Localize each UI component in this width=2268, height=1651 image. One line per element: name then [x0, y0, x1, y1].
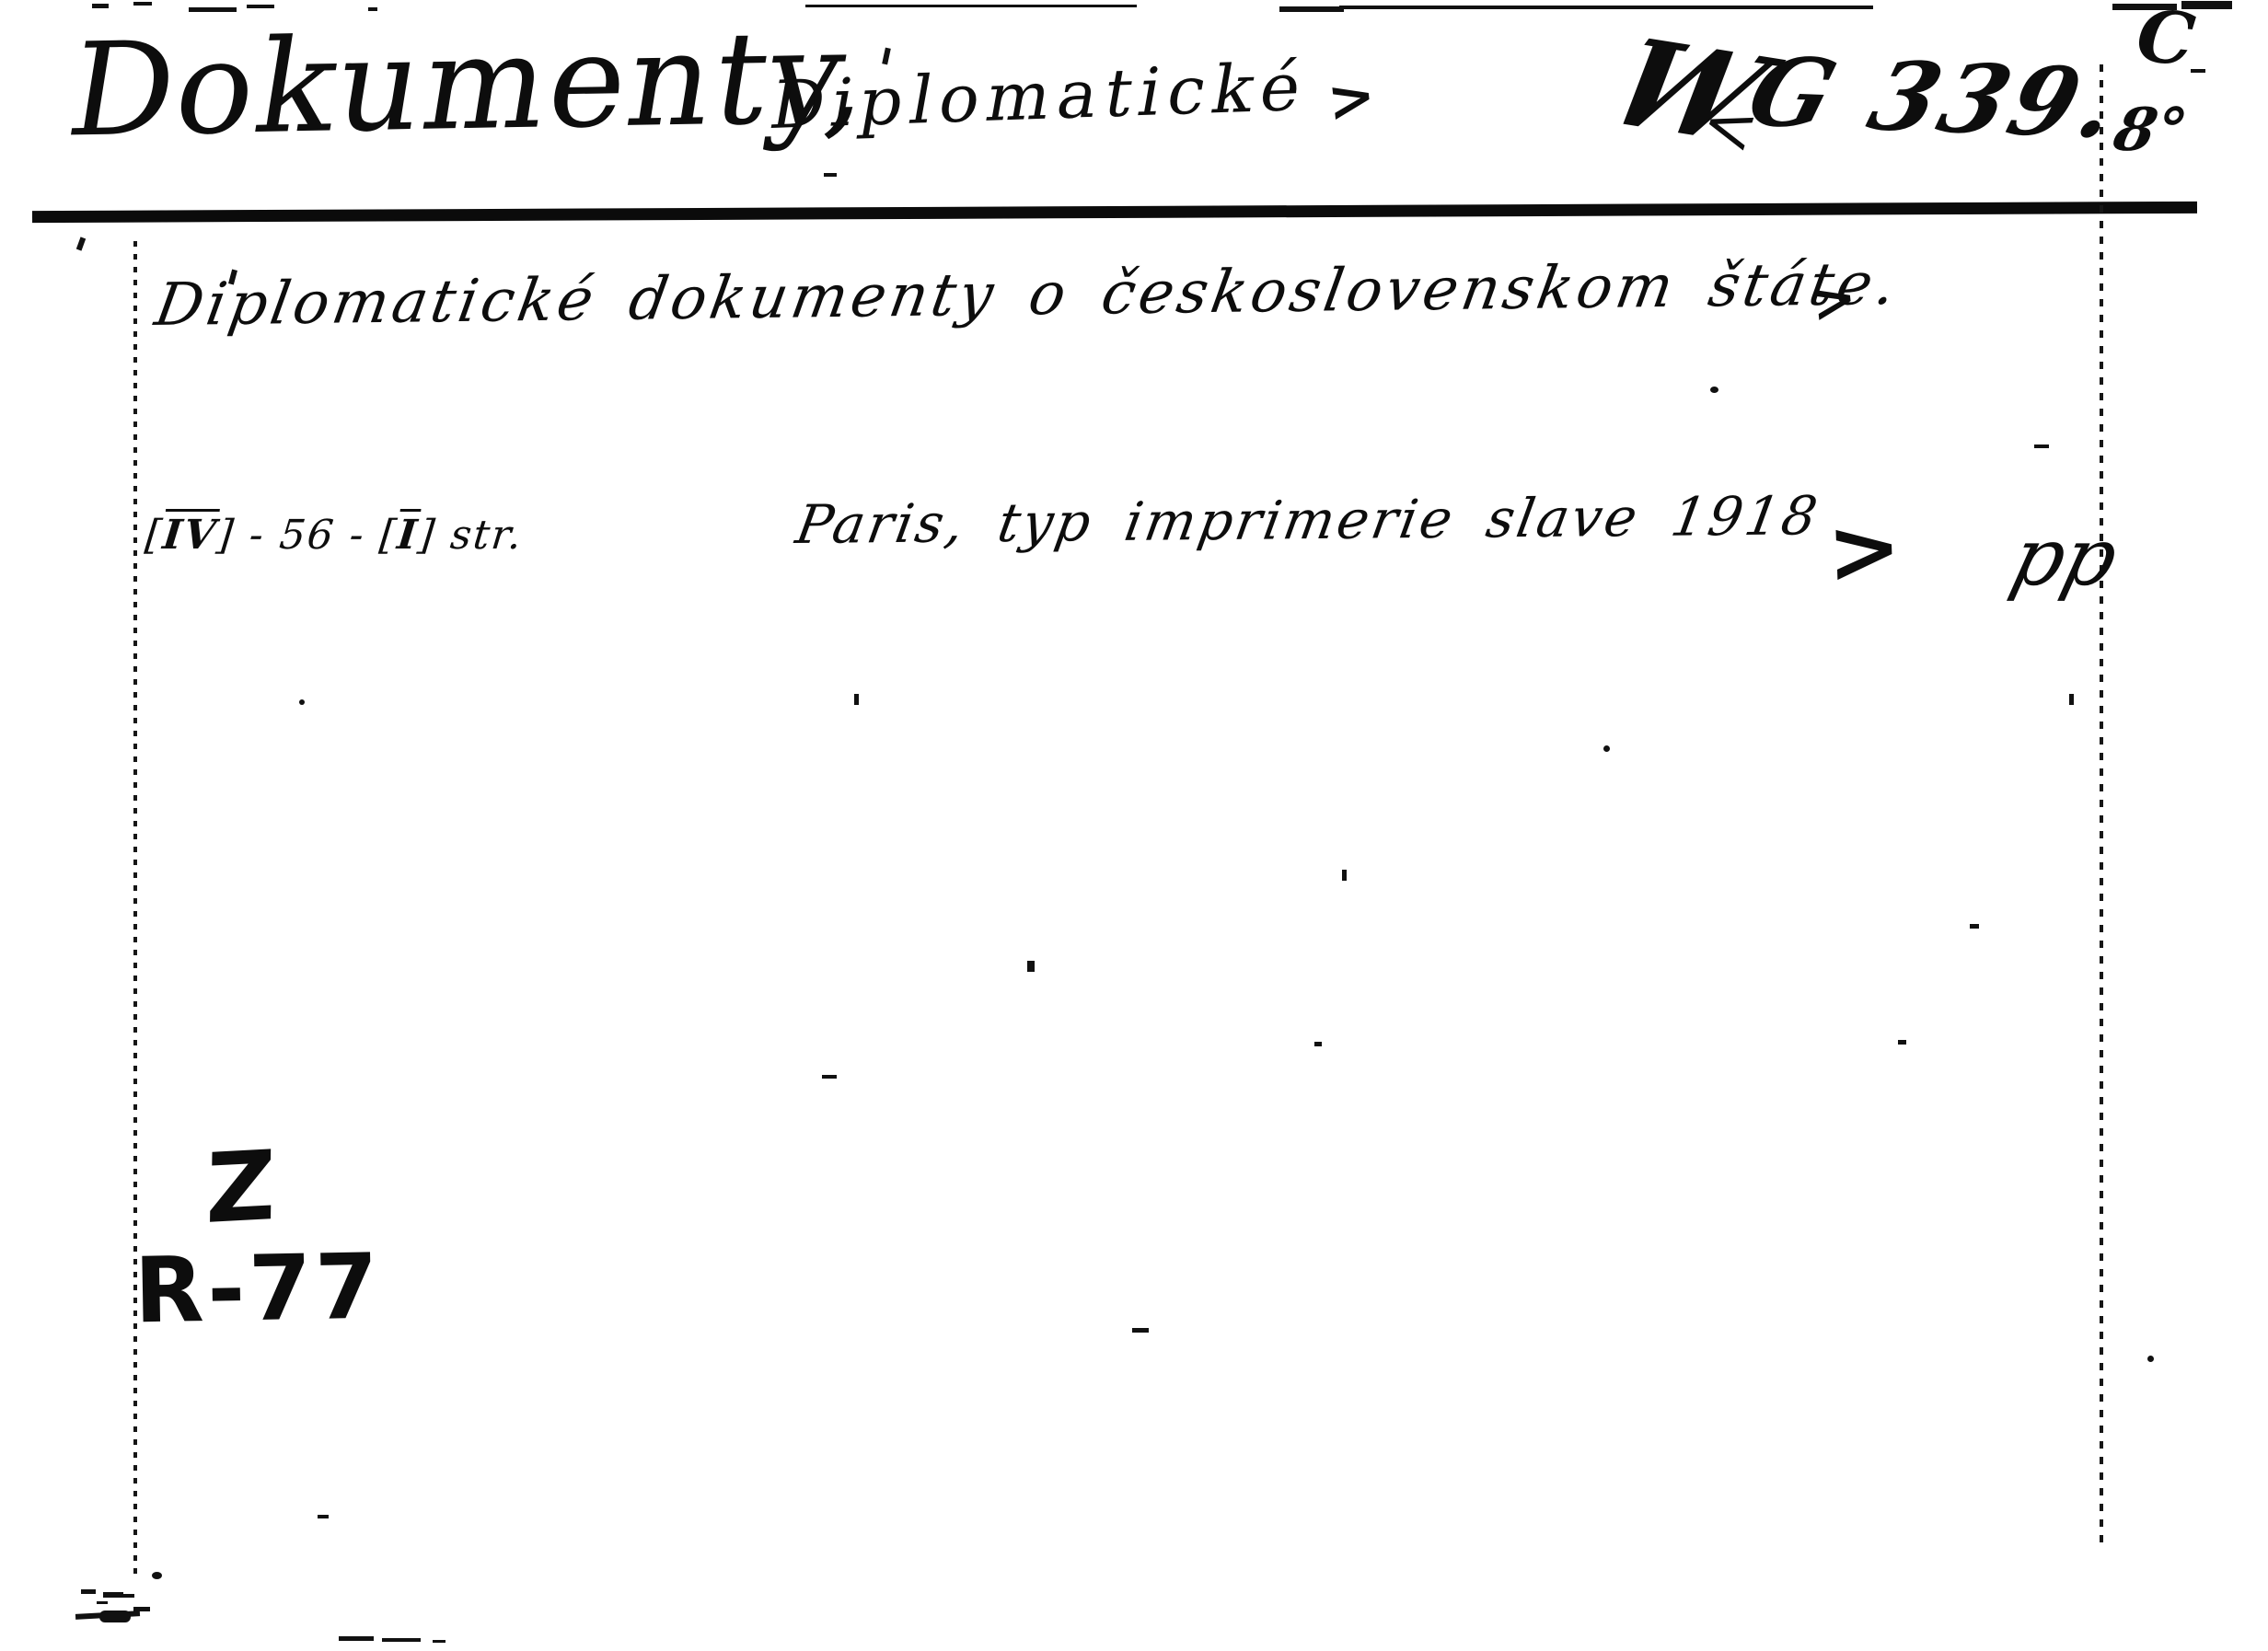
ink-speck — [824, 173, 837, 177]
ink-speck — [1898, 1040, 1906, 1045]
ink-speck — [368, 7, 377, 11]
ink-speck — [822, 1075, 837, 1079]
ink-speck — [133, 1607, 150, 1611]
ink-speck — [805, 5, 1137, 7]
header-divider-rule — [32, 202, 2197, 223]
imprint-statement: Paris, typ imprimerie slave 1918 — [792, 484, 1824, 556]
left-margin-dotted-line — [133, 241, 137, 1577]
ink-speck — [1710, 387, 1718, 393]
ink-speck — [76, 237, 86, 250]
ink-speck — [1970, 924, 1979, 929]
ink-speck — [189, 7, 237, 12]
catalog-card: Dokumenty, Diplomatické > W < G 339. C 8… — [0, 0, 2268, 1651]
ink-speck — [433, 1640, 445, 1643]
check-mark-icon: > — [1809, 264, 1859, 336]
check-mark-icon: > — [1825, 493, 1903, 606]
ink-speck — [1314, 1042, 1322, 1046]
collation-middle: ] - 56 - [ — [214, 512, 399, 559]
ink-speck — [92, 4, 109, 8]
ink-speck — [2069, 694, 2074, 705]
right-margin-dotted-line — [2100, 64, 2103, 1548]
shelf-mark-stamp: R-77 — [133, 1242, 382, 1337]
corner-mark: C — [2133, 0, 2198, 83]
ink-speck — [2191, 69, 2205, 73]
ink-speck — [133, 2, 152, 6]
ink-speck — [152, 1572, 162, 1579]
letter-stamp: Z — [205, 1137, 276, 1237]
ink-speck — [318, 1515, 329, 1518]
format-mark: 8° — [2108, 96, 2193, 165]
ink-speck — [2181, 1, 2232, 9]
call-number: G 339. — [1739, 45, 2131, 152]
ink-speck — [1603, 745, 1610, 752]
ink-speck — [854, 694, 859, 705]
pagination-note: pp — [2003, 512, 2127, 604]
ink-speck — [1027, 961, 1035, 972]
ink-speck — [2112, 4, 2177, 10]
ink-speck — [1132, 1328, 1149, 1333]
collation-suffix: ] str. — [416, 512, 526, 559]
ink-speck — [1279, 6, 1344, 12]
check-mark-icon: > — [1325, 60, 1378, 137]
ink-speck — [120, 1594, 134, 1598]
ink-speck — [299, 699, 305, 705]
ink-speck — [2147, 1356, 2154, 1362]
entry-title-line: Diplomatické dokumenty o československom… — [149, 244, 1904, 348]
ink-speck — [382, 1638, 421, 1642]
card-heading-title: Dokumenty, — [61, 13, 883, 156]
ink-speck — [81, 1589, 96, 1594]
ink-speck — [339, 1636, 374, 1641]
ink-speck — [2034, 444, 2049, 448]
card-heading-subtitle: Diplomatické — [766, 53, 1314, 138]
ink-speck — [247, 5, 274, 8]
ink-speck — [97, 1601, 108, 1604]
ink-speck — [1339, 6, 1873, 9]
ink-smudge — [99, 1611, 131, 1622]
collation-roman-numeral-iv: IV — [160, 512, 219, 559]
ink-speck — [1342, 870, 1347, 881]
collation-statement: [IV] - 56 - [I] str. — [143, 512, 525, 559]
